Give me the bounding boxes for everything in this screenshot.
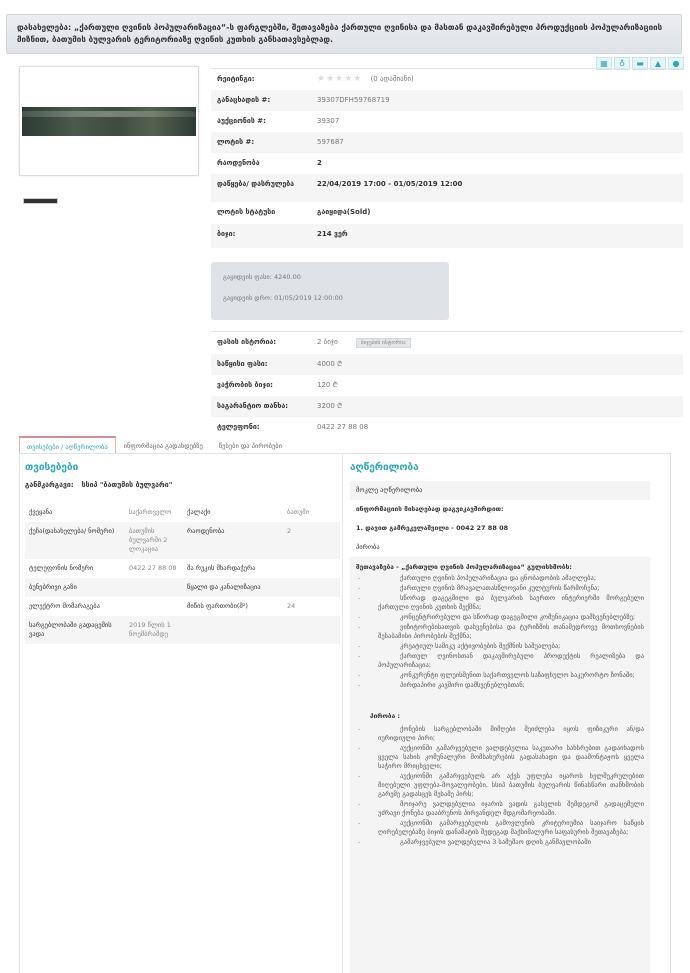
property-row: ტელეფონის ნომერი0422 27 88 08შა რუკის მხ… <box>25 559 340 578</box>
organizer-label: განმკარგავი: <box>25 481 74 489</box>
list-item: აუქციონში გამარჯვებულის გამოვლენის კრიტე… <box>356 819 644 837</box>
property-value <box>125 578 183 597</box>
property-value: საქართველო <box>125 503 183 522</box>
list-item: ქართულ ღვინოსთან დაკავშირებული პროდუქტის… <box>356 652 644 670</box>
property-row: ქუჩა(დასახელება/ ნომერი)ბათუმის ბულვარში… <box>25 522 340 559</box>
property-value: 2 <box>283 522 340 559</box>
list-item: კრეატიულ სამიკუ აქტივობების შექმნის საშუ… <box>356 642 644 651</box>
property-label: სარგებლობაში გადაცემის ვადა <box>25 616 125 644</box>
list-item: გამარჯვებული ვალდებულია 3 სამუშაო დღის გ… <box>356 838 644 847</box>
list-item: ქონების სარგებლობაში მიმღები შეიძლება იყ… <box>356 725 644 743</box>
list-item: აუქციონში გამარჯვებული ვალდებულია საკუთა… <box>356 744 644 771</box>
phone-value: 0422 27 88 08 <box>317 423 368 432</box>
list-item: პირდაპირი კავშირი დამსვენებლებთან; <box>356 681 644 690</box>
list-item: კონცენტრირებული და სწორად დაგეგმილი კომუ… <box>356 613 644 622</box>
organizer-line: განმკარგავი:სსიპ "ბათუმის ბულვარი" <box>25 481 340 489</box>
pricing-row: ტელეფონი:0422 27 88 08 <box>211 417 683 438</box>
property-label: ელექტრო მომარაგება <box>25 597 125 616</box>
detail-value: 2 <box>317 159 322 168</box>
detail-label: ლოტის #: <box>217 138 317 147</box>
price-history-row: ფასის ისტორია: 2 ბიჯიბიჯების ისტორია <box>211 332 683 354</box>
property-value: 2019 წლის 1 ნოემბრამდე <box>125 616 183 644</box>
property-label: ქუჩა(დასახელება/ ნომერი) <box>25 522 125 559</box>
detail-value: 39307 <box>317 117 339 126</box>
description-title: აღწერილობა <box>350 462 650 473</box>
price-history-label: ფასის ისტორია: <box>217 338 317 347</box>
detail-value: 214 ვერ <box>317 230 348 239</box>
rating-stars[interactable]: ★★★★★ <box>317 74 362 84</box>
property-row: ბუნებრივი გაზიწყალი და კანალიზაცია <box>25 578 340 597</box>
detail-label: ლოტის სტატუსი <box>217 208 317 217</box>
detail-row: ბიჯი:214 ვერ <box>211 224 683 248</box>
pricing-label: ვაჭრობის ბიჯი: <box>217 381 317 390</box>
lot-photo[interactable] <box>19 66 199 176</box>
rating-row: რეიტინგი: ★★★★★ (0 ადამიანი) <box>211 69 683 90</box>
rating-count: (0 ადამიანი) <box>371 75 414 83</box>
pricing-row: ვაჭრობის ბიჯი:120 ₾ <box>211 375 683 396</box>
property-label: ბუნებრივი გაზი <box>25 578 125 597</box>
bid-history-button[interactable]: ბიჯების ისტორია <box>356 338 411 348</box>
property-label: შა რუკის მხარდაჭერა <box>183 559 283 578</box>
detail-label: ბიჯი: <box>217 230 317 239</box>
property-label <box>183 616 283 644</box>
properties-table: ქვეყანასაქართველოქალაქიბათუმიქუჩა(დასახე… <box>25 503 340 644</box>
property-label: რაოდენობა <box>183 522 283 559</box>
property-value <box>125 597 183 616</box>
conditions-list: ქონების სარგებლობაში მიმღები შეიძლება იყ… <box>356 725 644 847</box>
detail-label: აუქციონის #: <box>217 117 317 126</box>
conditions-label: პირობა : <box>370 712 644 721</box>
property-value: ბათუმის ბულვარში 2 ლოკაცია <box>125 522 183 559</box>
photo-thumbnail[interactable] <box>23 198 58 204</box>
sold-date: გაყიდვის დრო: 01/05/2019 12:00:00 <box>223 294 437 302</box>
detail-row: რაოდენობა2 <box>211 153 683 174</box>
contact-person: 1. დავით გამრეკელაშვილი - 0042 27 88 08 <box>350 519 650 538</box>
detail-label: დაწყება/ დასრულება <box>217 180 317 189</box>
lot-title: დასახელება: „ქართული ღვინის პოპულარიზაცი… <box>6 14 682 54</box>
property-row: სარგებლობაში გადაცემის ვადა2019 წლის 1 ნ… <box>25 616 340 644</box>
detail-label: რაოდენობა <box>217 159 317 168</box>
detail-value: 22/04/2019 17:00 - 01/05/2019 12:00 <box>317 180 462 189</box>
property-value <box>283 616 340 644</box>
pricing-table: ფასის ისტორია: 2 ბიჯიბიჯების ისტორია საწ… <box>211 331 683 438</box>
list-item: აუქციონში გამარჯვებულს არ აქვს უფლება იყ… <box>356 772 644 799</box>
property-label: წყალი და კანალიზაცია <box>183 578 283 597</box>
list-item: კონკურენტი ფლუისშენით საქართველოს საზაფხ… <box>356 671 644 680</box>
properties-title: თვისებები <box>25 462 340 473</box>
list-item: მოიჯარე ვალდებულია იჯარის ვადის გასვლის … <box>356 800 644 818</box>
offer-lead: შეთავაზება - „ქართული ღვინის პოპულარიზაც… <box>356 563 644 572</box>
offer-bullets: ქართული ღვინის პოპულარიზაცია და ცნობადობ… <box>356 574 644 690</box>
detail-row: აუქციონის #:39307 <box>211 111 683 132</box>
property-value <box>283 559 340 578</box>
contact-label: ინფორმაციის მისაღებად დაგვიკავშირდით: <box>350 500 650 519</box>
property-label: მიწის ფართობი(მ²) <box>183 597 283 616</box>
property-label: ტელეფონის ნომერი <box>25 559 125 578</box>
price-history-value: 2 ბიჯი <box>317 338 338 346</box>
pricing-row: საწყისი ფასი:4000 ₾ <box>211 354 683 375</box>
property-row: ქვეყანასაქართველოქალაქიბათუმი <box>25 503 340 522</box>
detail-row: ლოტის სტატუსიგაიყიდა(Sold) <box>211 202 683 224</box>
rating-label: რეიტინგი: <box>217 75 317 84</box>
short-description-label: მოკლე აღწერილობა <box>350 481 650 500</box>
pricing-label: საგარანტიო თანხა: <box>217 402 317 411</box>
description-section: აღწერილობა მოკლე აღწერილობა ინფორმაციის … <box>350 454 650 973</box>
organizer-value: სსიპ "ბათუმის ბულვარი" <box>82 481 173 489</box>
detail-row: ლოტის #:597687 <box>211 132 683 153</box>
column-divider <box>342 454 343 973</box>
list-item: ვიზიტორებისათვის დასვენებისა და ტურიზმის… <box>356 623 644 641</box>
property-value: ბათუმი <box>283 503 340 522</box>
list-item: ქართული ღვინის პოპულარიზაცია და ცნობადობ… <box>356 574 644 583</box>
status-value: გაიყიდა(Sold) <box>317 208 370 217</box>
aerial-photo-image <box>22 107 196 136</box>
property-value <box>283 578 340 597</box>
pricing-row: საგარანტიო თანხა:3200 ₾ <box>211 396 683 417</box>
pricing-value: 4000 ₾ <box>317 360 342 369</box>
detail-value: 39307DFH59768719 <box>317 96 390 105</box>
property-value: 24 <box>283 597 340 616</box>
sold-price: გაყიდვის ფასი: 4240.00 <box>223 273 437 281</box>
pricing-value: 120 ₾ <box>317 381 338 390</box>
property-label: ქვეყანა <box>25 503 125 522</box>
detail-row: განაცხადის #:39307DFH59768719 <box>211 90 683 111</box>
pricing-value: 3200 ₾ <box>317 402 342 411</box>
pricing-label: საწყისი ფასი: <box>217 360 317 369</box>
list-item: სწორად დაგეგმილი და ბულვარის საერთო ინტე… <box>356 594 644 612</box>
list-item: ქართული ღვინის მრავალათასწლოვანი კულტური… <box>356 584 644 593</box>
pricing-label: ტელეფონი: <box>217 423 317 432</box>
detail-row: დაწყება/ დასრულება22/04/2019 17:00 - 01/… <box>211 174 683 202</box>
properties-section: თვისებები განმკარგავი:სსიპ "ბათუმის ბულვ… <box>25 454 340 644</box>
sold-summary: გაყიდვის ფასი: 4240.00 გაყიდვის დრო: 01/… <box>211 262 449 320</box>
property-label: ქალაქი <box>183 503 283 522</box>
detail-value: 597687 <box>317 138 344 147</box>
terms-label: პირობა <box>350 538 650 557</box>
property-value: 0422 27 88 08 <box>125 559 183 578</box>
lot-details-table: რეიტინგი: ★★★★★ (0 ადამიანი) განაცხადის … <box>211 68 683 248</box>
property-row: ელექტრო მომარაგებამიწის ფართობი(მ²)24 <box>25 597 340 616</box>
detail-label: განაცხადის #: <box>217 96 317 105</box>
description-body: შეთავაზება - „ქართული ღვინის პოპულარიზაც… <box>350 557 650 973</box>
tab-panel: თვისებები განმკარგავი:სსიპ "ბათუმის ბულვ… <box>19 453 671 973</box>
